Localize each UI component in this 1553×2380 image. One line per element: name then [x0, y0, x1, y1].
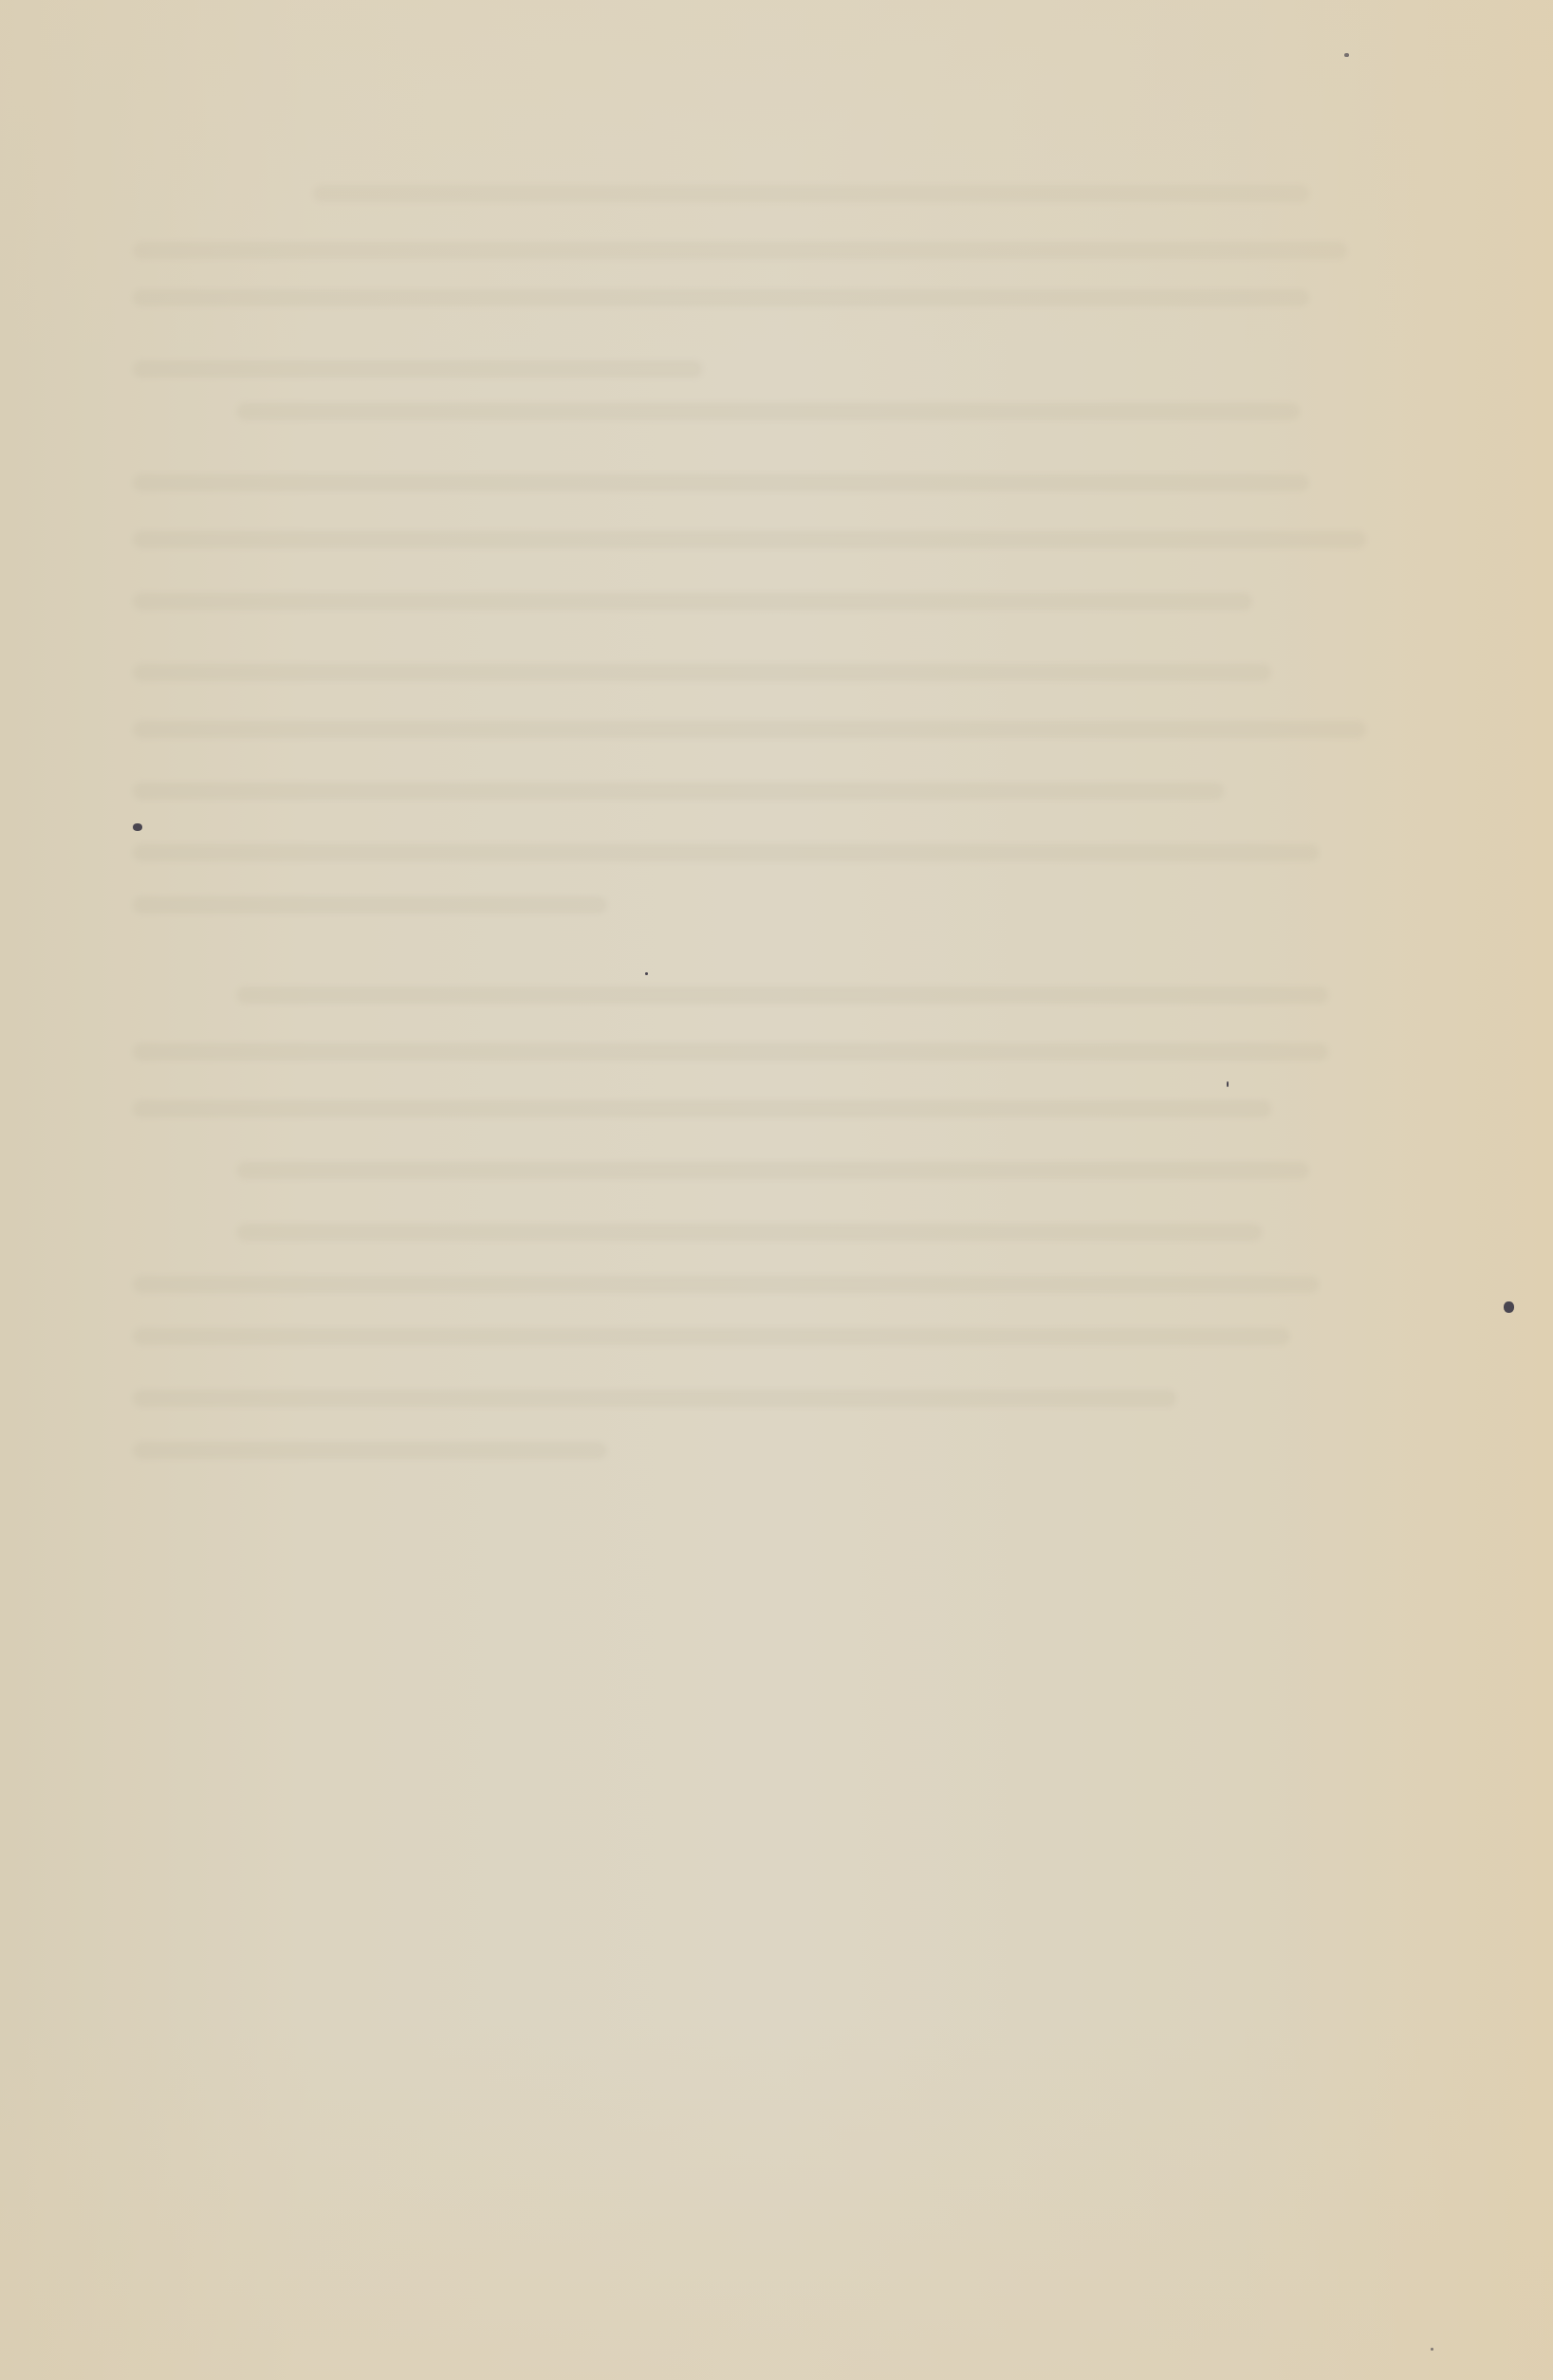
bleed-through-line — [133, 1043, 1328, 1061]
ink-speck — [1431, 2348, 1433, 2351]
bleed-through-line — [133, 664, 1271, 681]
bleed-through-line — [133, 360, 702, 378]
bleed-through-line — [237, 987, 1328, 1004]
bleed-through-line — [313, 185, 1309, 202]
bleed-through-line — [237, 403, 1300, 420]
bleed-through-line — [133, 1390, 1176, 1407]
bleed-through-line — [237, 1224, 1262, 1241]
bleed-through-line — [133, 896, 607, 913]
bleed-through-line — [133, 242, 1347, 259]
bleed-through-line — [133, 783, 1224, 800]
bleed-through-line — [237, 1162, 1309, 1179]
bleed-through-line — [133, 531, 1366, 548]
bleed-through-line — [133, 593, 1252, 610]
ink-speck — [133, 823, 142, 831]
bleed-through-line — [133, 844, 1319, 861]
ink-speck — [1504, 1301, 1514, 1313]
scanned-page — [0, 0, 1553, 2380]
bleed-through-line — [133, 289, 1309, 306]
bleed-through-line — [133, 721, 1366, 738]
bleed-through-line — [133, 1100, 1271, 1117]
bleed-through-line — [133, 1442, 607, 1459]
bleed-through-line — [133, 474, 1309, 491]
ink-speck — [1344, 53, 1349, 57]
ink-speck — [1227, 1081, 1229, 1087]
bleed-through-line — [133, 1328, 1290, 1345]
bleed-through-line — [133, 1276, 1319, 1293]
ink-speck — [645, 972, 648, 975]
